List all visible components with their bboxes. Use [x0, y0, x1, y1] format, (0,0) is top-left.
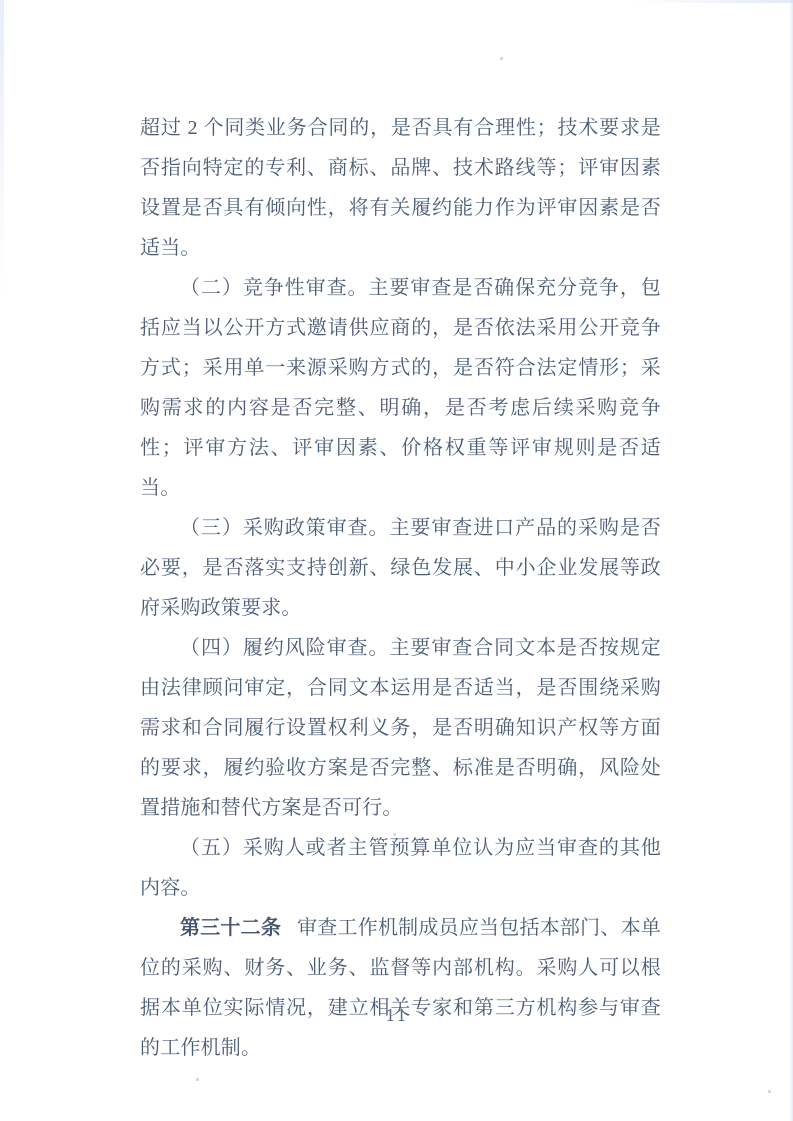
- page-number: 11: [0, 1006, 793, 1025]
- document-body: 超过 2 个同类业务合同的，是否具有合理性；技术要求是否指向特定的专利、商标、品…: [140, 108, 661, 1068]
- body-paragraph: （五）采购人或者主管预算单位认为应当审查的其他内容。: [140, 828, 661, 908]
- body-paragraph: （四）履约风险审查。主要审查合同文本是否按规定由法律顾问审定，合同文本运用是否适…: [140, 628, 661, 828]
- body-paragraph: 超过 2 个同类业务合同的，是否具有合理性；技术要求是否指向特定的专利、商标、品…: [140, 108, 661, 268]
- scan-edge-right: [789, 0, 793, 1121]
- scan-edge-top: [633, 0, 793, 3]
- article-paragraph: 第三十二条审查工作机制成员应当包括本部门、本单位的采购、财务、业务、监督等内部机…: [140, 908, 661, 1068]
- article-number: 第三十二条: [180, 917, 281, 939]
- scan-speck: [768, 1090, 771, 1093]
- document-page: 超过 2 个同类业务合同的，是否具有合理性；技术要求是否指向特定的专利、商标、品…: [0, 0, 793, 1121]
- scan-edge-left: [0, 0, 4, 300]
- body-paragraph: （二）竞争性审查。主要审查是否确保充分竞争，包括应当以公开方式邀请供应商的，是否…: [140, 268, 661, 508]
- body-paragraph: （三）采购政策审查。主要审查进口产品的采购是否必要，是否落实支持创新、绿色发展、…: [140, 508, 661, 628]
- scan-speck: [500, 57, 503, 60]
- scan-speck: [196, 1078, 199, 1081]
